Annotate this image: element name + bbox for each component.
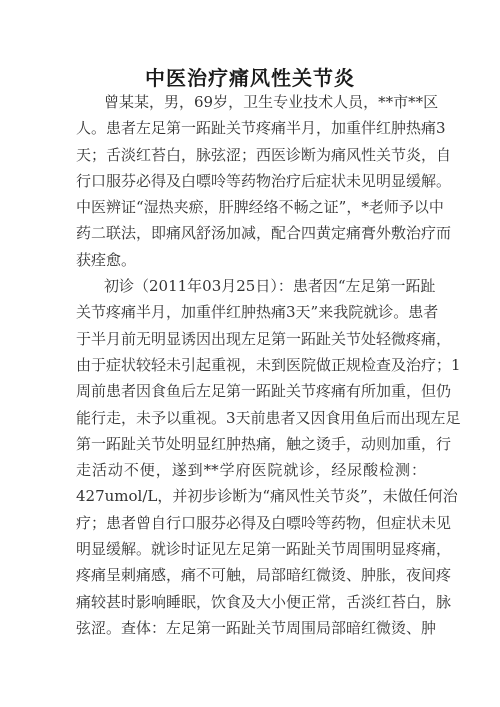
text-line: 弦涩。查体：左足第一跖趾关节周围局部暗红微烫、肿 [76,615,426,641]
text-line: 药二联法，即痛风舒汤加减，配合四黄定痛膏外敷治疗而 [76,220,426,246]
text-line: 走活动不便，遂到**学府医院就诊，经尿酸检测： [76,457,426,483]
text-line: 明显缓解。就诊时证见左足第一跖趾关节周围明显疼痛， [76,536,426,562]
text-line: 痛较甚时影响睡眠，饮食及大小便正常，舌淡红苔白，脉 [76,589,426,615]
text-line: 疗；患者曾自行口服芬必得及白嘌呤等药物，但症状未见 [76,510,426,536]
document-body: 曾某某，男，69岁，卫生专业技术人员，**市**区 人。患者左足第一跖趾关节疼痛… [76,89,426,641]
document-title: 中医治疗痛风性关节炎 [0,62,500,91]
text-line: 于半月前无明显诱因出现左足第一跖趾关节处轻微疼痛， [76,326,426,352]
text-line: 中医辨证“湿热夹瘀，肝脾经络不畅之证”，*老师予以中 [76,194,426,220]
text-line: 行口服芬必得及白嘌呤等药物治疗后症状未见明显缓解。 [76,168,426,194]
text-line: 关节疼痛半月，加重伴红肿热痛3天”来我院就诊。患者 [76,299,426,325]
text-line: 天；舌淡红苔白，脉弦涩；西医诊断为痛风性关节炎，自 [76,142,426,168]
text-line: 427umol/L，并初步诊断为“痛风性关节炎”，未做任何治 [76,483,426,509]
text-line: 第一跖趾关节处明显红肿热痛，触之烫手，动则加重，行 [76,431,426,457]
text-line: 曾某某，男，69岁，卫生专业技术人员，**市**区 [76,89,426,115]
text-line: 初诊（2011年03月25日）：患者因“左足第一跖趾 [76,273,426,299]
text-line: 能行走，未予以重视。3天前患者又因食用鱼后而出现左足 [76,405,426,431]
text-line: 疼痛呈刺痛感，痛不可触，局部暗红微烫、肿胀，夜间疼 [76,562,426,588]
text-line: 由于症状较轻未引起重视，未到医院做正规检查及治疗；1 [76,352,426,378]
text-line: 人。患者左足第一跖趾关节疼痛半月，加重伴红肿热痛3 [76,115,426,141]
text-line: 获痊愈。 [76,247,426,273]
text-line: 周前患者因食鱼后左足第一跖趾关节疼痛有所加重，但仍 [76,378,426,404]
